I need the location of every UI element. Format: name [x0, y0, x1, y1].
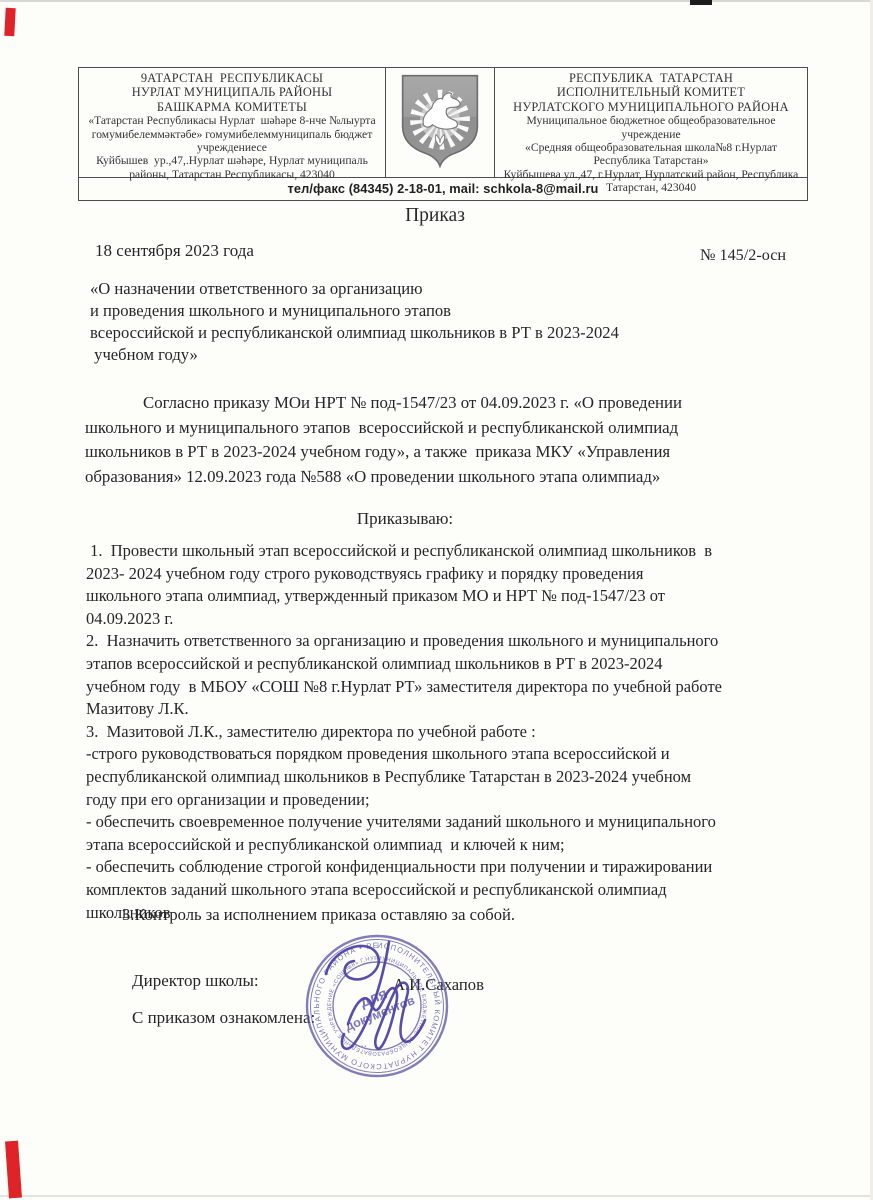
- text-line: Согласно приказу МОи НРТ № под-1547/23 о…: [85, 391, 792, 416]
- order-number: № 145/2-осн: [700, 246, 786, 265]
- text-line: ИСПОЛНИТЕЛЬНЫЙ КОМИТЕТ: [501, 85, 801, 99]
- text-line: образования» 12.09.2023 года №588 «О про…: [85, 465, 792, 490]
- text-line: 2. Назначить ответственного за организац…: [86, 630, 796, 653]
- scan-red-mark-top: [4, 8, 15, 36]
- decree-word: Приказываю:: [85, 509, 725, 529]
- letterhead: 9АТАРСТАН РЕСПУБЛИКАСЫНУРЛАТ МУНИЦИПАЛЬ …: [78, 67, 808, 201]
- text-line: школьного этапа олимпиад, утвержденный п…: [86, 585, 796, 608]
- text-line: 3. Мазитовой Л.К., заместителю директора…: [86, 721, 796, 744]
- text-line: 2023- 2024 учебном году строго руководст…: [86, 563, 796, 586]
- text-line: школьников в РТ в 2023-2024 учебном году…: [85, 440, 792, 465]
- text-line: учебном году в МБОУ «СОШ №8 г.Нурлат РТ»…: [86, 676, 796, 699]
- order-subject: «О назначении ответственного за организа…: [90, 278, 790, 366]
- handwritten-signature: [288, 928, 488, 1078]
- text-line: этапов всероссийской и республиканской о…: [86, 653, 796, 676]
- scan-edge-bottom: [0, 1195, 873, 1197]
- scan-black-mark: [690, 0, 712, 5]
- text-line: «О назначении ответственного за организа…: [90, 278, 790, 300]
- letterhead-org-row: 9АТАРСТАН РЕСПУБЛИКАСЫНУРЛАТ МУНИЦИПАЛЬ …: [79, 68, 807, 178]
- text-line: Республика Татарстан»: [501, 154, 801, 167]
- text-line: и проведения школьного и муниципального …: [90, 300, 790, 322]
- text-line: гомумибелеммәктәбе» гомумибелеммуниципал…: [85, 128, 379, 141]
- org-name-tatar: 9АТАРСТАН РЕСПУБЛИКАСЫНУРЛАТ МУНИЦИПАЛЬ …: [79, 68, 386, 177]
- text-line: году при его организации и проведении;: [86, 789, 796, 812]
- text-line: этапа всероссийской и республиканской ол…: [86, 834, 796, 857]
- text-line: «Татарстан Республикасы Нурлат шәһәре 8-…: [85, 114, 379, 127]
- text-line: 1. Провести школьный этап всероссийской …: [86, 540, 796, 563]
- text-line: 04.09.2023 г.: [86, 608, 796, 631]
- text-line: БАШКАРМА КОМИТЕТЫ: [85, 100, 379, 114]
- text-line: школьного и муниципального этапов всерос…: [85, 416, 792, 441]
- text-line: НУРЛАТСКОГО МУНИЦИПАЛЬНОГО РАЙОНА: [501, 100, 801, 114]
- coat-of-arms-cell: [386, 68, 495, 177]
- text-line: - обеспечить своевременное получение учи…: [86, 811, 796, 834]
- org-name-russian: РЕСПУБЛИКА ТАТАРСТАНИСПОЛНИТЕЛЬНЫЙ КОМИТ…: [495, 68, 807, 177]
- text-line: всероссийской и республиканской олимпиад…: [90, 322, 790, 344]
- text-line: учреждениесе: [85, 141, 379, 154]
- text-line: Мазитову Л.К.: [86, 698, 796, 721]
- text-line: Куйбышев ур.,47,.Нурлат шәһәре, Нурлат м…: [85, 154, 379, 167]
- scan-edge-top: [0, 0, 873, 2]
- scan-red-mark-bottom: [5, 1141, 22, 1199]
- text-line: РЕСПУБЛИКА ТАТАРСТАН: [501, 71, 801, 85]
- text-line: комплектов заданий школьного этапа всеро…: [86, 879, 796, 902]
- order-items: 1. Провести школьный этап всероссийской …: [86, 540, 796, 924]
- text-line: 9АТАРСТАН РЕСПУБЛИКАСЫ: [85, 71, 379, 85]
- text-line: -строго руководствоваться порядком прове…: [86, 743, 796, 766]
- signer-role: Директор школы:: [132, 971, 259, 991]
- contact-line: тел/факс (84345) 2-18-01, mail: schkola-…: [79, 178, 807, 200]
- text-line: «Средняя общеобразовательная школа№8 г.Н…: [501, 141, 801, 154]
- text-line: Муниципальное бюджетное общеобразователь…: [501, 114, 801, 141]
- order-date: 18 сентября 2023 года: [95, 241, 254, 261]
- text-line: НУРЛАТ МУНИЦИПАЛЬ РАЙОНЫ: [85, 85, 379, 99]
- text-line: республиканской олимпиад школьников в Ре…: [86, 766, 796, 789]
- scanned-order-document: 9АТАРСТАН РЕСПУБЛИКАСЫНУРЛАТ МУНИЦИПАЛЬ …: [0, 0, 873, 1200]
- document-title: Приказ: [85, 205, 785, 227]
- text-line: учебном году»: [90, 344, 790, 366]
- order-intro-paragraph: Согласно приказу МОи НРТ № под-1547/23 о…: [85, 391, 792, 489]
- text-line: - обеспечить соблюдение строгой конфиден…: [86, 856, 796, 879]
- coat-of-arms-icon: [396, 73, 484, 173]
